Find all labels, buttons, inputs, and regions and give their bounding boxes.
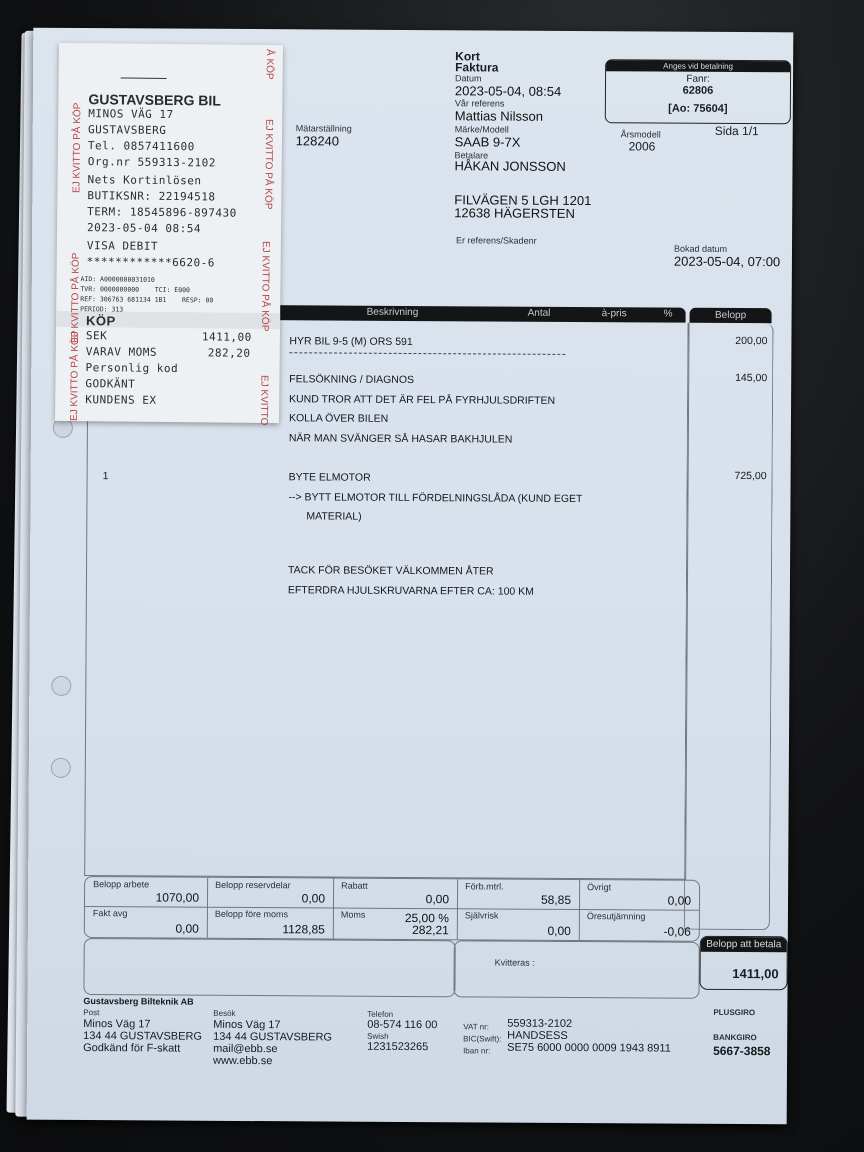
receipt-ref: REF: 306763 681134 1B1 RESP: 00: [80, 295, 213, 304]
bic-label: BIC(Swift):: [463, 1034, 501, 1043]
receipt-approved: GODKÄNT: [85, 377, 135, 391]
receipted-label: Kvitteras :: [495, 958, 535, 968]
bankgiro-label: BANKGIRO: [713, 1033, 757, 1042]
row-description: HYR BIL 9-5 (M) ORS 591: [289, 335, 412, 348]
vat-number: 559313-2102: [507, 1018, 572, 1030]
receipt-provider: Nets Kortinlösen: [87, 173, 201, 187]
receipt-datetime: 2023-05-04 08:54: [87, 221, 201, 235]
totals-grid: Belopp arbete1070,00 Belopp reservdelar0…: [84, 876, 700, 942]
receipt-currency: SEK: [86, 329, 108, 342]
receipt-card-number: ************6620-6: [87, 255, 215, 269]
email-link[interactable]: mail@ebb.se: [213, 1043, 277, 1055]
punch-hole: [51, 758, 71, 778]
model-year-label: Årsmodell: [621, 129, 661, 139]
receipt-city: GUSTAVSBERG: [88, 123, 166, 137]
receipt-terminal: TERM: 18545896-897430: [87, 205, 237, 220]
iban-label: Iban nr:: [463, 1046, 490, 1055]
row-amount: 145,00: [735, 372, 767, 384]
col-discount: %: [664, 309, 673, 320]
post-line2: 134 44 GUSTAVSBERG: [83, 1030, 202, 1043]
ao-number: [Ao: 75604]: [606, 102, 790, 115]
stamp-not-receipt: EJ KVITTO PÅ KÖP: [259, 241, 271, 332]
receipt-vat: 282,20: [208, 346, 251, 359]
stamp-not-receipt: EJ KVITTO: [258, 375, 270, 426]
receipt-org: Org.nr 559313-2102: [88, 155, 216, 169]
booked-date-label: Bokad datum: [674, 244, 727, 254]
visit-line2: 134 44 GUSTAVSBERG: [213, 1031, 332, 1044]
footer-note: EFTERDRA HJULSKRUVARNA EFTER CA: 100 KM: [288, 584, 534, 598]
col-amount: Belopp: [690, 308, 772, 324]
date-label: Datum: [455, 73, 482, 83]
odometer: 128240: [296, 133, 339, 148]
invoice-type-line2: Faktura: [455, 61, 498, 73]
row-description: --> BYTT ELMOTOR TILL FÖRDELNINGSLÅDA (K…: [288, 491, 582, 505]
row-qty: 1: [103, 470, 109, 482]
col-description: Beskrivning: [367, 307, 419, 318]
post-label: Post: [83, 1008, 99, 1017]
row-description: KOLLA ÖVER BILEN: [289, 412, 388, 425]
swish-label: Swish: [367, 1032, 388, 1041]
receipt-store: GUSTAVSBERG BIL: [88, 91, 221, 108]
amount-due: 1411,00: [701, 966, 787, 982]
row-amount: 725,00: [734, 470, 766, 482]
total-pre-vat: Belopp före moms1128,85: [207, 907, 334, 939]
row-amount: 200,00: [735, 335, 767, 347]
payment-reference-box: Anges vid betalning Fanr: 62806 [Ao: 756…: [605, 59, 791, 124]
stamp-not-receipt: EJ KVITTO PÅ KÖP: [71, 103, 83, 194]
receipt-street: MINOS VÄG 17: [88, 107, 174, 121]
iban: SE75 6000 0000 0009 1943 8911: [507, 1042, 671, 1055]
receipted-box: Kvitteras :: [453, 940, 699, 999]
bankgiro-number: 5667-3858: [713, 1044, 770, 1058]
visit-label: Besök: [213, 1009, 235, 1018]
total-parts: Belopp reservdelar0,00: [207, 878, 334, 909]
payment-box-header: Anges vid betalning: [606, 60, 790, 72]
visit-line1: Minos Väg 17: [213, 1019, 280, 1031]
total-discount: Rabatt0,00: [333, 879, 458, 910]
post-line1: Minos Väg 17: [83, 1018, 150, 1030]
stamp-not-receipt: EJ KVITTO PÅ KÖP: [262, 119, 274, 210]
punch-hole: [51, 676, 71, 696]
receipt-aid: AID: A0000000031010: [80, 275, 154, 284]
model-year: 2006: [629, 139, 656, 153]
stamp-not-receipt: EJ KVITTO PÅ KÖP: [69, 331, 81, 422]
receipt-purchase: KÖP: [86, 313, 116, 328]
receipt-amount: 1411,00: [202, 330, 252, 344]
our-ref: Mattias Nilsson: [455, 108, 543, 124]
payer-name: HÅKAN JONSSON: [454, 158, 565, 174]
footer-note: TACK FÖR BESÖKET VÄLKOMMEN ÅTER: [288, 564, 494, 577]
fanr-number: 62806: [606, 84, 790, 97]
receipt-tel: Tel. 0857411600: [88, 139, 195, 153]
make-model: SAAB 9-7X: [455, 134, 521, 149]
booked-date: 2023-05-04, 07:00: [674, 254, 780, 270]
odometer-label: Mätarställning: [296, 123, 352, 133]
receipt-tvr: TVR: 0000000000 TCI: E000: [80, 285, 190, 294]
receipt-card-type: VISA DEBIT: [87, 239, 158, 253]
col-qty: Antal: [528, 308, 551, 319]
amount-due-label: Belopp att betala: [701, 937, 787, 953]
receipt-copy: KUNDENS EX: [85, 393, 156, 407]
total-consumables: Förb.mtrl.58,85: [457, 879, 580, 910]
signature-box: [83, 938, 455, 997]
phone-label: Telefon: [367, 1010, 393, 1019]
total-labor: Belopp arbete1070,00: [85, 877, 208, 908]
total-vat: Moms25,00 %282,21: [333, 908, 458, 940]
company-name: Gustavsberg Bilteknik AB: [83, 996, 193, 1007]
row-description: MATERIAL): [306, 510, 361, 522]
make-model-label: Märke/Modell: [455, 124, 509, 134]
plusgiro-label: PLUSGIRO: [713, 1008, 755, 1017]
amount-column: [684, 323, 774, 931]
f-tax-approval: Godkänd för F-skatt: [83, 1042, 180, 1055]
bic: HANDSESS: [507, 1030, 568, 1042]
total-deductible: Självrisk0,00: [457, 908, 580, 940]
invoice-date: 2023-05-04, 08:54: [455, 83, 561, 99]
stamp-not-receipt: EJ KVITTO PÅ KÖP: [70, 253, 82, 344]
row-description: KUND TROR ATT DET ÄR FEL PÅ FYRHJULSDRIF…: [289, 393, 555, 407]
phone: 08-574 116 00: [367, 1019, 437, 1031]
row-description: BYTE ELMOTOR: [289, 471, 371, 484]
website-link[interactable]: www.ebb.se: [213, 1055, 272, 1067]
address-line2: 12638 HÄGERSTEN: [454, 205, 575, 221]
pen-mark: [121, 77, 167, 78]
swish-number: 1231523265: [367, 1041, 428, 1053]
total-rounding: Öresutjämning-0,06: [579, 909, 699, 941]
total-invoice-fee: Fakt avg0,00: [85, 906, 208, 938]
stamp-not-receipt: Å KÖP: [264, 49, 275, 80]
row-description: FELSÖKNING / DIAGNOS: [289, 373, 414, 386]
receipt-store-no: BUTIKSNR: 22194518: [87, 189, 215, 203]
card-receipt: GUSTAVSBERG BIL MINOS VÄG 17 GUSTAVSBERG…: [55, 43, 283, 423]
vat-label: VAT nr:: [463, 1022, 489, 1031]
amount-due-box: Belopp att betala 1411,00: [699, 936, 787, 991]
page-number: Sida 1/1: [715, 124, 759, 138]
row-description: NÄR MAN SVÄNGER SÅ HASAR BAKHJULEN: [289, 432, 513, 445]
total-other: Övrigt0,00: [579, 880, 699, 911]
our-ref-label: Vår referens: [455, 98, 505, 108]
receipt-vat-label: VARAV MOMS: [86, 345, 157, 359]
your-ref-label: Er referens/Skadenr: [456, 235, 537, 245]
receipt-pin: Personlig kod: [86, 361, 179, 375]
col-unit-price: à-pris: [602, 308, 627, 319]
